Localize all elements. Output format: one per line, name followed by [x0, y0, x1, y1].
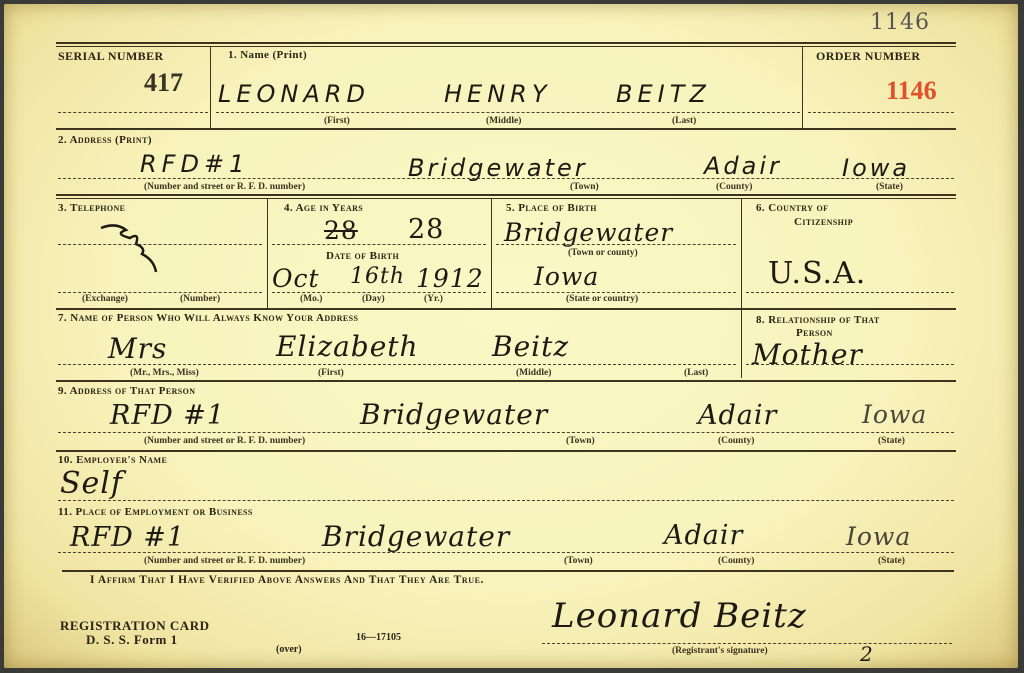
employment-town: Bridgewater	[322, 520, 510, 553]
dob-day-caption: (Day)	[362, 294, 385, 304]
dob-month: Oct	[272, 264, 320, 293]
citizenship-label-line2: Citizenship	[794, 216, 853, 228]
employment-place-label: 11. Place of Employment or Business	[58, 506, 253, 518]
birthplace-label: 5. Place of Birth	[506, 202, 597, 214]
citizenship-value: U.S.A.	[768, 256, 866, 291]
employer-value: Self	[60, 466, 123, 501]
contact-title-caption: (Mr., Mrs., Miss)	[130, 368, 199, 378]
contact-middle-caption: (Middle)	[516, 368, 551, 378]
employment-state-caption: (State)	[878, 556, 905, 566]
name-first: LEONARD	[218, 80, 370, 108]
address-street: RFD#1	[140, 150, 249, 178]
dob-year: 1912	[416, 264, 484, 293]
contact-first: Elizabeth	[276, 330, 419, 363]
contact-address-state-caption: (State)	[878, 436, 905, 446]
form-number: D. S. S. Form 1	[86, 632, 178, 648]
name-first-caption: (First)	[324, 116, 350, 126]
employment-street-caption: (Number and street or R. F. D. number)	[144, 556, 305, 566]
name-last: BEITZ	[616, 80, 711, 108]
contact-first-caption: (First)	[318, 368, 344, 378]
employment-county-caption: (County)	[718, 556, 754, 566]
relationship-label-line1: 8. Relationship of That	[756, 314, 880, 326]
name-label: 1. Name (Print)	[228, 49, 307, 61]
address-state-caption: (State)	[876, 182, 903, 192]
address-county-caption: (County)	[716, 182, 752, 192]
contact-address-county: Adair	[698, 400, 777, 431]
contact-address-label: 9. Address of That Person	[58, 385, 195, 397]
dob-day: 16th	[350, 264, 405, 289]
age-value: 28	[408, 214, 444, 245]
registration-card: 1146 SERIAL NUMBER 417 1. Name (Print) L…	[4, 4, 1018, 668]
registrant-signature: Leonard Beitz	[552, 596, 807, 636]
name-last-caption: (Last)	[672, 116, 696, 126]
dob-year-caption: (Yr.)	[424, 294, 443, 304]
dob-month-caption: (Mo.)	[300, 294, 322, 304]
telephone-exchange-caption: (Exchange)	[82, 294, 128, 304]
address-label: 2. Address (Print)	[58, 134, 152, 146]
contact-address-state: Iowa	[862, 400, 927, 429]
pencil-annotation: 1146	[870, 10, 930, 35]
affirmation-text: I Affirm That I Have Verified Above Answ…	[90, 574, 484, 586]
signature-mark: 2	[860, 642, 874, 666]
contact-address-town: Bridgewater	[360, 398, 548, 431]
citizenship-label-line1: 6. Country of	[756, 202, 828, 214]
birthplace-state-caption: (State or country)	[566, 294, 638, 304]
contact-title: Mrs	[108, 332, 167, 365]
signature-caption: (Registrant's signature)	[672, 646, 768, 656]
employment-town-caption: (Town)	[564, 556, 593, 566]
telephone-label: 3. Telephone	[58, 202, 125, 214]
employment-state: Iowa	[846, 522, 911, 551]
contact-address-street: RFD #1	[110, 400, 225, 431]
name-middle-caption: (Middle)	[486, 116, 521, 126]
employer-label: 10. Employer's Name	[58, 454, 167, 466]
contact-person-label: 7. Name of Person Who Will Always Know Y…	[58, 312, 358, 324]
order-number-label: ORDER NUMBER	[816, 49, 920, 64]
birthplace-state: Iowa	[534, 262, 599, 291]
print-code: 16—17105	[356, 632, 401, 643]
age-struck-value: 28	[324, 216, 358, 245]
address-street-caption: (Number and street or R. F. D. number)	[144, 182, 305, 192]
birthplace-town: Bridgewater	[504, 218, 673, 247]
relationship-value: Mother	[752, 338, 863, 371]
date-of-birth-label: Date of Birth	[326, 250, 399, 262]
serial-number-label: SERIAL NUMBER	[58, 49, 164, 64]
over-note: (over)	[276, 644, 302, 655]
contact-last-caption: (Last)	[684, 368, 708, 378]
contact-address-street-caption: (Number and street or R. F. D. number)	[144, 436, 305, 446]
contact-address-county-caption: (County)	[718, 436, 754, 446]
name-middle: HENRY	[444, 80, 552, 108]
contact-address-town-caption: (Town)	[566, 436, 595, 446]
contact-middle: Beitz	[492, 330, 569, 363]
serial-number-value: 417	[144, 68, 183, 98]
telephone-number-caption: (Number)	[180, 294, 220, 304]
address-county: Adair	[704, 152, 782, 180]
employment-county: Adair	[664, 520, 743, 551]
birthplace-town-caption: (Town or county)	[568, 248, 638, 258]
address-town-caption: (Town)	[570, 182, 599, 192]
employment-street: RFD #1	[70, 522, 185, 553]
age-label: 4. Age in Years	[284, 202, 363, 214]
telephone-none-scribble	[96, 218, 176, 278]
order-number-value: 1146	[886, 76, 937, 106]
